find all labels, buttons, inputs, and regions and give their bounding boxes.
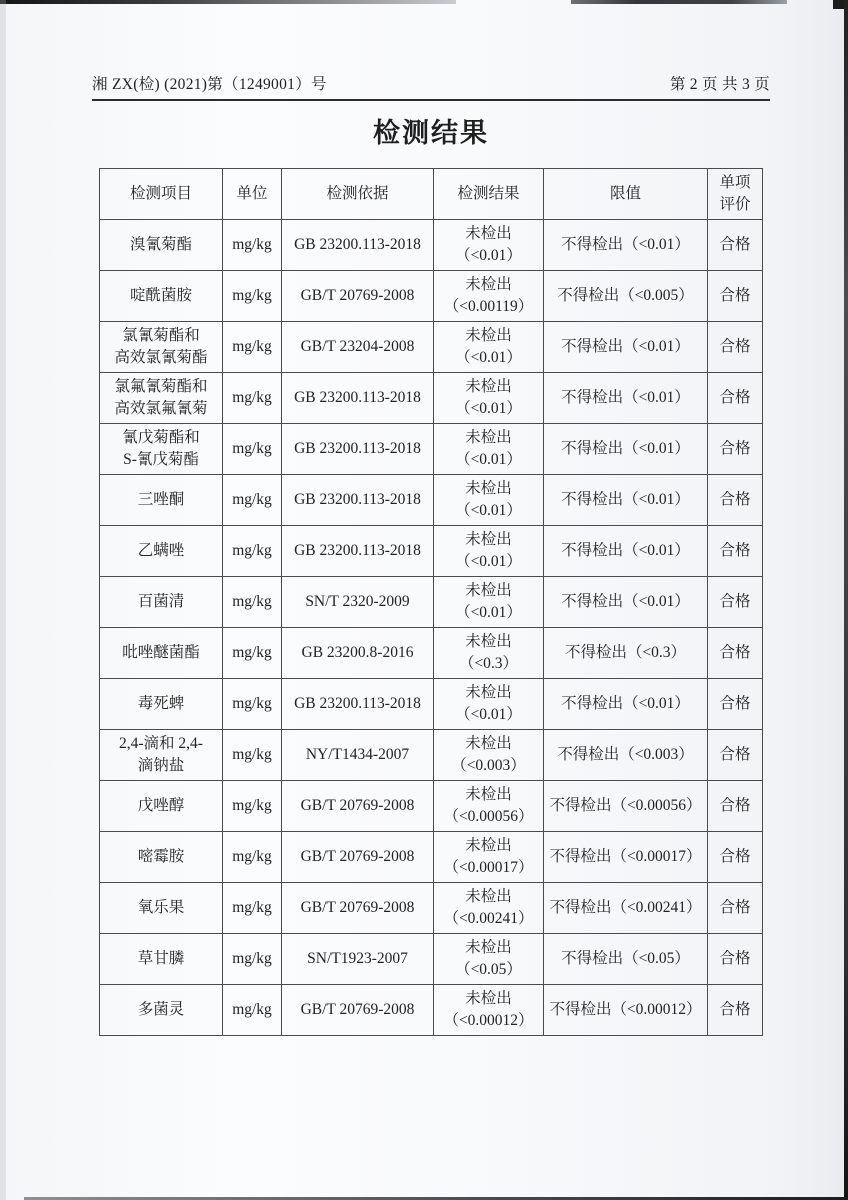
- cell-basis: GB 23200.113-2018: [282, 475, 434, 526]
- cell-item: 氰戊菊酯和 S-氰戊菊酯: [100, 424, 223, 475]
- cell-item: 溴氰菊酯: [100, 220, 223, 271]
- cell-result: 未检出 （<0.00056）: [434, 781, 544, 832]
- cell-limit: 不得检出（<0.01）: [544, 373, 708, 424]
- cell-limit: 不得检出（<0.01）: [544, 526, 708, 577]
- cell-evaluation: 合格: [708, 934, 763, 985]
- cell-limit: 不得检出（<0.00017）: [544, 832, 708, 883]
- cell-evaluation: 合格: [708, 373, 763, 424]
- table-row: 多菌灵 mg/kg GB/T 20769-2008 未检出 （<0.00012）…: [100, 985, 763, 1036]
- cell-unit: mg/kg: [223, 832, 282, 883]
- cell-result: 未检出 （<0.00119）: [434, 271, 544, 322]
- cell-limit: 不得检出（<0.05）: [544, 934, 708, 985]
- cell-item: 氯氰菊酯和 高效氯氰菊酯: [100, 322, 223, 373]
- header-cell-unit: 单位: [223, 169, 282, 220]
- scan-artifact-top-corner: [833, 0, 848, 9]
- cell-result: 未检出 （<0.01）: [434, 220, 544, 271]
- cell-evaluation: 合格: [708, 883, 763, 934]
- cell-unit: mg/kg: [223, 424, 282, 475]
- cell-unit: mg/kg: [223, 373, 282, 424]
- cell-evaluation: 合格: [708, 679, 763, 730]
- cell-evaluation: 合格: [708, 475, 763, 526]
- cell-basis: GB 23200.113-2018: [282, 679, 434, 730]
- page-indicator: 第 2 页 共 3 页: [670, 72, 770, 94]
- page-title: 检测结果: [92, 111, 770, 150]
- cell-basis: NY/T1434-2007: [282, 730, 434, 781]
- cell-evaluation: 合格: [708, 832, 763, 883]
- table-row: 百菌清 mg/kg SN/T 2320-2009 未检出 （<0.01） 不得检…: [100, 577, 763, 628]
- cell-evaluation: 合格: [708, 220, 763, 271]
- cell-limit: 不得检出（<0.005）: [544, 271, 708, 322]
- table-row: 溴氰菊酯 mg/kg GB 23200.113-2018 未检出 （<0.01）…: [100, 220, 763, 271]
- table-row: 戊唑醇 mg/kg GB/T 20769-2008 未检出 （<0.00056）…: [100, 781, 763, 832]
- cell-item: 百菌清: [100, 577, 223, 628]
- cell-limit: 不得检出（<0.01）: [544, 679, 708, 730]
- cell-item: 氧乐果: [100, 883, 223, 934]
- table-row: 吡唑醚菌酯 mg/kg GB 23200.8-2016 未检出 （<0.3） 不…: [100, 628, 763, 679]
- cell-unit: mg/kg: [223, 730, 282, 781]
- cell-evaluation: 合格: [708, 781, 763, 832]
- table-row: 啶酰菌胺 mg/kg GB/T 20769-2008 未检出 （<0.00119…: [100, 271, 763, 322]
- cell-item: 戊唑醇: [100, 781, 223, 832]
- cell-result: 未检出 （<0.01）: [434, 475, 544, 526]
- cell-basis: GB 23200.113-2018: [282, 526, 434, 577]
- table-row: 草甘膦 mg/kg SN/T1923-2007 未检出 （<0.05） 不得检出…: [100, 934, 763, 985]
- scan-artifact-left-edge: [0, 0, 6, 1200]
- header-cell-limit: 限值: [544, 169, 708, 220]
- table-row: 氧乐果 mg/kg GB/T 20769-2008 未检出 （<0.00241）…: [100, 883, 763, 934]
- scan-artifact-top-right: [571, 0, 787, 4]
- cell-unit: mg/kg: [223, 883, 282, 934]
- cell-limit: 不得检出（<0.01）: [544, 322, 708, 373]
- cell-basis: GB 23200.113-2018: [282, 373, 434, 424]
- header-rule: [92, 99, 770, 101]
- cell-result: 未检出 （<0.01）: [434, 526, 544, 577]
- cell-unit: mg/kg: [223, 271, 282, 322]
- cell-evaluation: 合格: [708, 526, 763, 577]
- cell-result: 未检出 （<0.01）: [434, 577, 544, 628]
- cell-evaluation: 合格: [708, 322, 763, 373]
- cell-limit: 不得检出（<0.01）: [544, 220, 708, 271]
- table-row: 氯氟氰菊酯和 高效氯氟氰菊 mg/kg GB 23200.113-2018 未检…: [100, 373, 763, 424]
- cell-unit: mg/kg: [223, 628, 282, 679]
- doc-number: 湘 ZX(检) (2021)第（1249001）号: [92, 72, 327, 94]
- cell-evaluation: 合格: [708, 730, 763, 781]
- document-page: 湘 ZX(检) (2021)第（1249001）号 第 2 页 共 3 页 检测…: [0, 0, 848, 1200]
- cell-item: 啶酰菌胺: [100, 271, 223, 322]
- cell-limit: 不得检出（<0.00012）: [544, 985, 708, 1036]
- header-cell-basis: 检测依据: [282, 169, 434, 220]
- cell-unit: mg/kg: [223, 781, 282, 832]
- cell-evaluation: 合格: [708, 577, 763, 628]
- cell-item: 氯氟氰菊酯和 高效氯氟氰菊: [100, 373, 223, 424]
- cell-basis: GB/T 23204-2008: [282, 322, 434, 373]
- cell-evaluation: 合格: [708, 985, 763, 1036]
- cell-limit: 不得检出（<0.01）: [544, 475, 708, 526]
- cell-result: 未检出 （<0.003）: [434, 730, 544, 781]
- cell-item: 多菌灵: [100, 985, 223, 1036]
- cell-result: 未检出 （<0.01）: [434, 679, 544, 730]
- cell-result: 未检出 （<0.01）: [434, 373, 544, 424]
- cell-basis: GB/T 20769-2008: [282, 832, 434, 883]
- cell-unit: mg/kg: [223, 679, 282, 730]
- table-header-row: 检测项目 单位 检测依据 检测结果 限值 单项 评价: [100, 169, 763, 220]
- cell-basis: GB 23200.8-2016: [282, 628, 434, 679]
- cell-limit: 不得检出（<0.01）: [544, 577, 708, 628]
- table-row: 乙螨唑 mg/kg GB 23200.113-2018 未检出 （<0.01） …: [100, 526, 763, 577]
- cell-limit: 不得检出（<0.01）: [544, 424, 708, 475]
- cell-basis: GB/T 20769-2008: [282, 883, 434, 934]
- document-header: 湘 ZX(检) (2021)第（1249001）号 第 2 页 共 3 页: [92, 72, 770, 94]
- table-row: 三唑酮 mg/kg GB 23200.113-2018 未检出 （<0.01） …: [100, 475, 763, 526]
- cell-result: 未检出 （<0.01）: [434, 424, 544, 475]
- cell-unit: mg/kg: [223, 526, 282, 577]
- cell-result: 未检出 （<0.00012）: [434, 985, 544, 1036]
- table-row: 嘧霉胺 mg/kg GB/T 20769-2008 未检出 （<0.00017）…: [100, 832, 763, 883]
- cell-limit: 不得检出（<0.00241）: [544, 883, 708, 934]
- cell-result: 未检出 （<0.3）: [434, 628, 544, 679]
- cell-limit: 不得检出（<0.003）: [544, 730, 708, 781]
- cell-item: 三唑酮: [100, 475, 223, 526]
- cell-item: 草甘膦: [100, 934, 223, 985]
- results-table: 检测项目 单位 检测依据 检测结果 限值 单项 评价 溴氰菊酯 mg/kg GB…: [99, 168, 763, 1036]
- cell-result: 未检出 （<0.01）: [434, 322, 544, 373]
- cell-unit: mg/kg: [223, 220, 282, 271]
- header-cell-item: 检测项目: [100, 169, 223, 220]
- cell-limit: 不得检出（<0.00056）: [544, 781, 708, 832]
- cell-basis: GB/T 20769-2008: [282, 781, 434, 832]
- cell-basis: GB 23200.113-2018: [282, 220, 434, 271]
- cell-item: 吡唑醚菌酯: [100, 628, 223, 679]
- cell-evaluation: 合格: [708, 628, 763, 679]
- cell-unit: mg/kg: [223, 577, 282, 628]
- header-cell-evaluation: 单项 评价: [708, 169, 763, 220]
- cell-result: 未检出 （<0.05）: [434, 934, 544, 985]
- cell-result: 未检出 （<0.00241）: [434, 883, 544, 934]
- cell-unit: mg/kg: [223, 475, 282, 526]
- cell-unit: mg/kg: [223, 322, 282, 373]
- cell-item: 乙螨唑: [100, 526, 223, 577]
- header-cell-result: 检测结果: [434, 169, 544, 220]
- cell-basis: GB/T 20769-2008: [282, 271, 434, 322]
- table-row: 氰戊菊酯和 S-氰戊菊酯 mg/kg GB 23200.113-2018 未检出…: [100, 424, 763, 475]
- scan-artifact-top-left: [0, 0, 456, 4]
- table-row: 毒死蜱 mg/kg GB 23200.113-2018 未检出 （<0.01） …: [100, 679, 763, 730]
- cell-basis: SN/T 2320-2009: [282, 577, 434, 628]
- cell-basis: GB/T 20769-2008: [282, 985, 434, 1036]
- cell-evaluation: 合格: [708, 424, 763, 475]
- table-row: 氯氰菊酯和 高效氯氰菊酯 mg/kg GB/T 23204-2008 未检出 （…: [100, 322, 763, 373]
- cell-basis: GB 23200.113-2018: [282, 424, 434, 475]
- results-table-body: 溴氰菊酯 mg/kg GB 23200.113-2018 未检出 （<0.01）…: [100, 220, 763, 1036]
- cell-unit: mg/kg: [223, 985, 282, 1036]
- cell-basis: SN/T1923-2007: [282, 934, 434, 985]
- scan-artifact-right-edge: [844, 0, 848, 1200]
- cell-limit: 不得检出（<0.3）: [544, 628, 708, 679]
- cell-result: 未检出 （<0.00017）: [434, 832, 544, 883]
- cell-item: 嘧霉胺: [100, 832, 223, 883]
- cell-evaluation: 合格: [708, 271, 763, 322]
- table-row: 2,4-滴和 2,4- 滴钠盐 mg/kg NY/T1434-2007 未检出 …: [100, 730, 763, 781]
- cell-unit: mg/kg: [223, 934, 282, 985]
- cell-item: 2,4-滴和 2,4- 滴钠盐: [100, 730, 223, 781]
- cell-item: 毒死蜱: [100, 679, 223, 730]
